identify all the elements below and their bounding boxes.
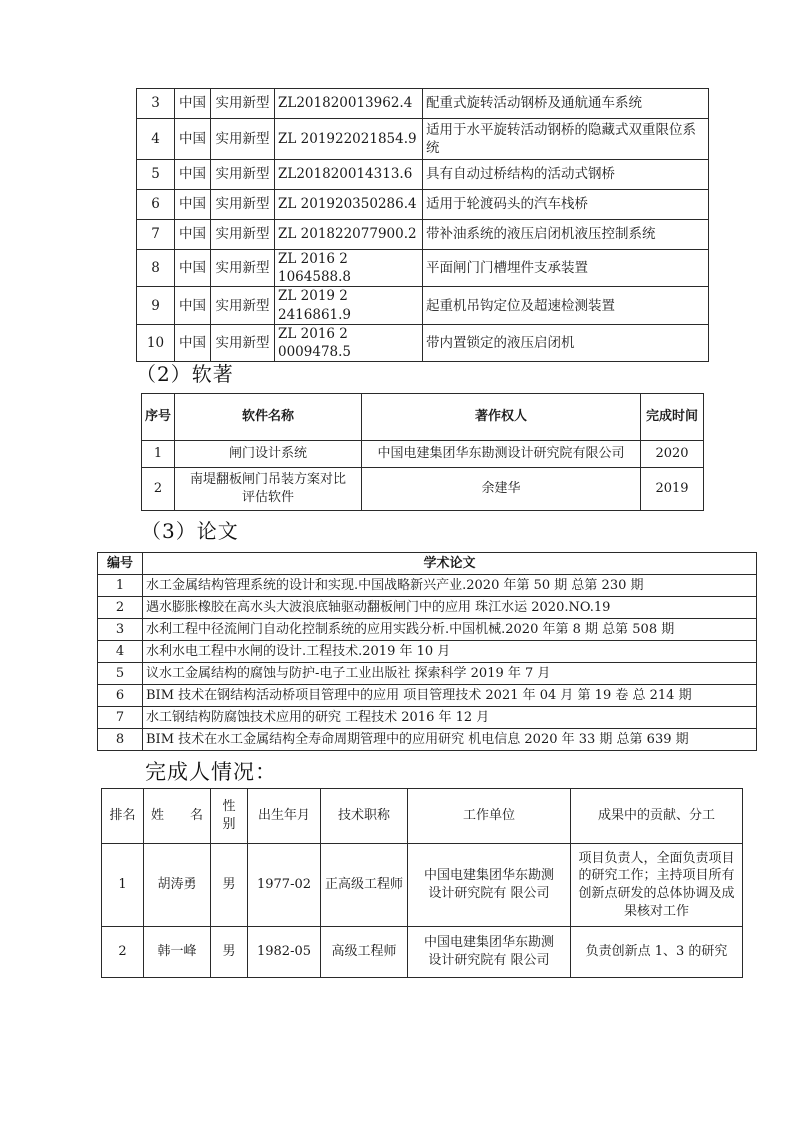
people-heading: 完成人情况： — [145, 756, 277, 786]
table-row: 1 闸门设计系统 中国电建集团华东勘测设计研究院有限公司 2020 — [142, 441, 704, 468]
table-row: 7 中国 实用新型 ZL 201822077900.2 带补油系统的液压启闭机液… — [137, 220, 709, 250]
col-header-date: 完成时间 — [641, 394, 704, 441]
table-row: 4 中国 实用新型 ZL 201922021854.9 适用于水平旋转活动钢桥的… — [137, 119, 709, 160]
patent-country: 中国 — [175, 89, 211, 119]
patent-no: 4 — [137, 119, 175, 160]
patent-number: ZL 2019 2 2416861.9 — [275, 287, 423, 324]
papers-heading: （3）论文 — [141, 515, 239, 544]
people-table: 排名 姓 名 性别 出生年月 技术职称 工作单位 成果中的贡献、分工 1 胡涛勇… — [101, 788, 743, 978]
table-row: 8BIM 技术在水工金属结构全寿命周期管理中的应用研究 机电信息 2020 年 … — [98, 729, 757, 751]
patent-type: 实用新型 — [211, 160, 275, 190]
person-contribution: 项目负责人，全面负责项目的研究工作；主持项目所有创新点研发的总体协调及成果核对工… — [571, 844, 743, 927]
patent-number: ZL 201920350286.4 — [275, 190, 423, 220]
person-contribution: 负责创新点 1、3 的研究 — [571, 927, 743, 978]
paper-no: 8 — [98, 729, 143, 751]
table-row: 8 中国 实用新型 ZL 2016 2 1064588.8 平面闸门门槽埋件支承… — [137, 250, 709, 287]
patent-type: 实用新型 — [211, 220, 275, 250]
patent-number: ZL 201922021854.9 — [275, 119, 423, 160]
col-header-org: 工作单位 — [408, 789, 571, 844]
patent-title: 起重机吊钩定位及超速检测装置 — [423, 287, 709, 324]
paper-citation: 水利工程中径流闸门自动化控制系统的应用实践分析.中国机械.2020 年第 8 期… — [143, 619, 757, 641]
patent-title: 适用于水平旋转活动钢桥的隐藏式双重限位系统 — [423, 119, 709, 160]
patent-country: 中国 — [175, 119, 211, 160]
table-row: 6 中国 实用新型 ZL 201920350286.4 适用于轮渡码头的汽车栈桥 — [137, 190, 709, 220]
table-row: 10 中国 实用新型 ZL 2016 2 0009478.5 带内置锁定的液压启… — [137, 324, 709, 361]
patent-number: ZL201820014313.6 — [275, 160, 423, 190]
person-birth: 1977-02 — [248, 844, 321, 927]
paper-no: 6 — [98, 685, 143, 707]
patent-country: 中国 — [175, 190, 211, 220]
table-header-row: 排名 姓 名 性别 出生年月 技术职称 工作单位 成果中的贡献、分工 — [102, 789, 743, 844]
table-header-row: 编号 学术论文 — [98, 553, 757, 575]
person-title: 高级工程师 — [321, 927, 408, 978]
table-row: 3 中国 实用新型 ZL201820013962.4 配重式旋转活动钢桥及通航通… — [137, 89, 709, 119]
person-name: 胡涛勇 — [144, 844, 211, 927]
col-header-no: 编号 — [98, 553, 143, 575]
software-name: 南堤翻板闸门吊装方案对比评估软件 — [175, 468, 362, 511]
table-row: 5 中国 实用新型 ZL201820014313.6 具有自动过桥结构的活动式钢… — [137, 160, 709, 190]
table-row: 2遇水膨胀橡胶在高水头大波浪底轴驱动翻板闸门中的应用 珠江水运 2020.NO.… — [98, 597, 757, 619]
software-owner: 余建华 — [362, 468, 641, 511]
patent-type: 实用新型 — [211, 324, 275, 361]
patent-type: 实用新型 — [211, 190, 275, 220]
col-header-gender: 性别 — [211, 789, 248, 844]
patent-no: 8 — [137, 250, 175, 287]
software-heading: （2）软著 — [136, 358, 234, 387]
paper-citation: 水工钢结构防腐蚀技术应用的研究 工程技术 2016 年 12 月 — [143, 707, 757, 729]
patent-country: 中国 — [175, 287, 211, 324]
col-header-name: 软件名称 — [175, 394, 362, 441]
patent-title: 具有自动过桥结构的活动式钢桥 — [423, 160, 709, 190]
patent-type: 实用新型 — [211, 287, 275, 324]
person-title: 正高级工程师 — [321, 844, 408, 927]
patent-no: 3 — [137, 89, 175, 119]
table-header-row: 序号 软件名称 著作权人 完成时间 — [142, 394, 704, 441]
col-header-birth: 出生年月 — [248, 789, 321, 844]
col-header-contribution: 成果中的贡献、分工 — [571, 789, 743, 844]
person-rank: 1 — [102, 844, 144, 927]
patent-no: 10 — [137, 324, 175, 361]
patent-no: 6 — [137, 190, 175, 220]
paper-citation: BIM 技术在钢结构活动桥项目管理中的应用 项目管理技术 2021 年 04 月… — [143, 685, 757, 707]
table-row: 2 南堤翻板闸门吊装方案对比评估软件 余建华 2019 — [142, 468, 704, 511]
col-header-rank: 排名 — [102, 789, 144, 844]
paper-citation: BIM 技术在水工金属结构全寿命周期管理中的应用研究 机电信息 2020 年 3… — [143, 729, 757, 751]
paper-citation: 议水工金属结构的腐蚀与防护-电子工业出版社 探索科学 2019 年 7 月 — [143, 663, 757, 685]
patent-number: ZL 2016 2 0009478.5 — [275, 324, 423, 361]
paper-no: 4 — [98, 641, 143, 663]
person-gender: 男 — [211, 844, 248, 927]
col-header-no: 序号 — [142, 394, 175, 441]
table-row: 3水利工程中径流闸门自动化控制系统的应用实践分析.中国机械.2020 年第 8 … — [98, 619, 757, 641]
col-header-name: 姓 名 — [144, 789, 211, 844]
table-row: 1水工金属结构管理系统的设计和实现.中国战略新兴产业.2020 年第 50 期 … — [98, 575, 757, 597]
person-rank: 2 — [102, 927, 144, 978]
patent-number: ZL 2016 2 1064588.8 — [275, 250, 423, 287]
patent-type: 实用新型 — [211, 250, 275, 287]
patent-type: 实用新型 — [211, 89, 275, 119]
software-date: 2020 — [641, 441, 704, 468]
person-birth: 1982-05 — [248, 927, 321, 978]
table-row: 6BIM 技术在钢结构活动桥项目管理中的应用 项目管理技术 2021 年 04 … — [98, 685, 757, 707]
paper-no: 7 — [98, 707, 143, 729]
col-header-paper: 学术论文 — [143, 553, 757, 575]
patent-no: 9 — [137, 287, 175, 324]
software-name: 闸门设计系统 — [175, 441, 362, 468]
col-header-title: 技术职称 — [321, 789, 408, 844]
patent-no: 7 — [137, 220, 175, 250]
table-row: 4水利水电工程中水闸的设计.工程技术.2019 年 10 月 — [98, 641, 757, 663]
patents-table: 3 中国 实用新型 ZL201820013962.4 配重式旋转活动钢桥及通航通… — [136, 88, 709, 362]
paper-no: 1 — [98, 575, 143, 597]
col-header-owner: 著作权人 — [362, 394, 641, 441]
software-no: 2 — [142, 468, 175, 511]
software-date: 2019 — [641, 468, 704, 511]
patent-country: 中国 — [175, 220, 211, 250]
software-table: 序号 软件名称 著作权人 完成时间 1 闸门设计系统 中国电建集团华东勘测设计研… — [141, 393, 704, 511]
patent-no: 5 — [137, 160, 175, 190]
table-row: 5议水工金属结构的腐蚀与防护-电子工业出版社 探索科学 2019 年 7 月 — [98, 663, 757, 685]
papers-table: 编号 学术论文 1水工金属结构管理系统的设计和实现.中国战略新兴产业.2020 … — [97, 552, 757, 751]
patent-country: 中国 — [175, 250, 211, 287]
patent-number: ZL201820013962.4 — [275, 89, 423, 119]
patent-title: 带内置锁定的液压启闭机 — [423, 324, 709, 361]
table-row: 9 中国 实用新型 ZL 2019 2 2416861.9 起重机吊钩定位及超速… — [137, 287, 709, 324]
patent-title: 配重式旋转活动钢桥及通航通车系统 — [423, 89, 709, 119]
person-org: 中国电建集团华东勘测设计研究院有 限公司 — [408, 844, 571, 927]
person-name: 韩一峰 — [144, 927, 211, 978]
person-org: 中国电建集团华东勘测设计研究院有 限公司 — [408, 927, 571, 978]
paper-citation: 遇水膨胀橡胶在高水头大波浪底轴驱动翻板闸门中的应用 珠江水运 2020.NO.1… — [143, 597, 757, 619]
patent-title: 平面闸门门槽埋件支承装置 — [423, 250, 709, 287]
paper-citation: 水工金属结构管理系统的设计和实现.中国战略新兴产业.2020 年第 50 期 总… — [143, 575, 757, 597]
patent-country: 中国 — [175, 324, 211, 361]
paper-no: 5 — [98, 663, 143, 685]
table-row: 2 韩一峰 男 1982-05 高级工程师 中国电建集团华东勘测设计研究院有 限… — [102, 927, 743, 978]
software-owner: 中国电建集团华东勘测设计研究院有限公司 — [362, 441, 641, 468]
patent-title: 带补油系统的液压启闭机液压控制系统 — [423, 220, 709, 250]
table-row: 1 胡涛勇 男 1977-02 正高级工程师 中国电建集团华东勘测设计研究院有 … — [102, 844, 743, 927]
patent-number: ZL 201822077900.2 — [275, 220, 423, 250]
paper-no: 2 — [98, 597, 143, 619]
patent-title: 适用于轮渡码头的汽车栈桥 — [423, 190, 709, 220]
software-no: 1 — [142, 441, 175, 468]
table-row: 7水工钢结构防腐蚀技术应用的研究 工程技术 2016 年 12 月 — [98, 707, 757, 729]
patent-country: 中国 — [175, 160, 211, 190]
paper-no: 3 — [98, 619, 143, 641]
paper-citation: 水利水电工程中水闸的设计.工程技术.2019 年 10 月 — [143, 641, 757, 663]
patent-type: 实用新型 — [211, 119, 275, 160]
person-gender: 男 — [211, 927, 248, 978]
